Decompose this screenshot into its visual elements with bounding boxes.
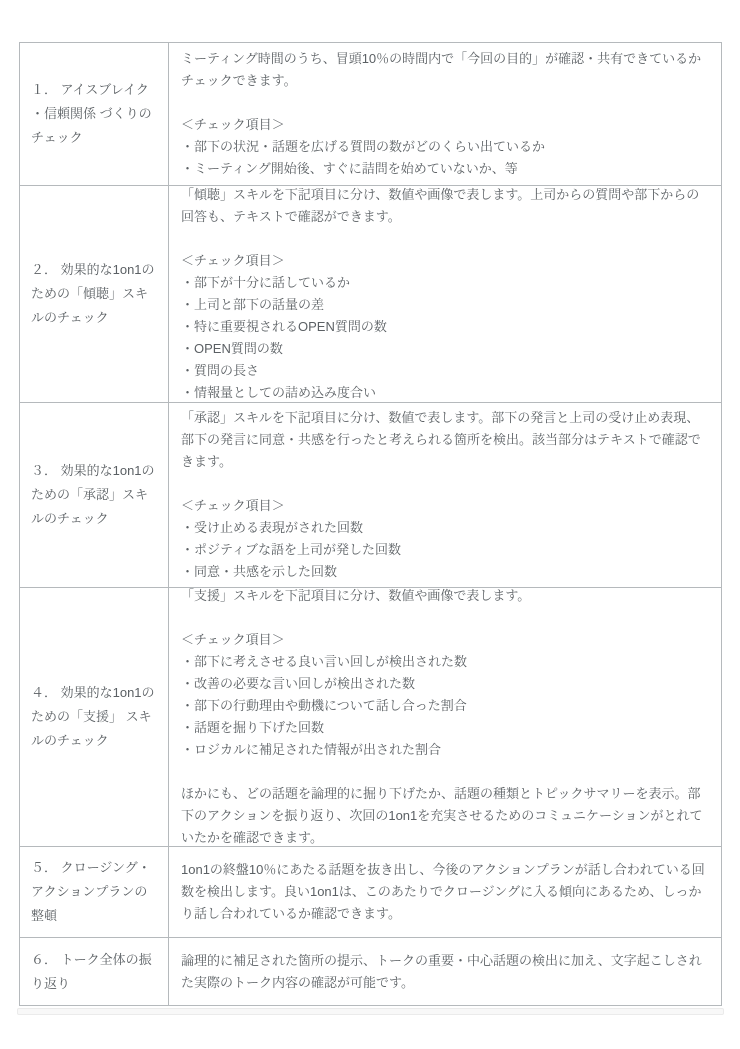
row-1-body-text: ミーティング時間のうち、冒頭10％の時間内で「今回の目的」が確認・共有できている… [181, 48, 707, 180]
row-3-body-text: 「承認」スキルを下記項目に分け、数値で表します。部下の発言と上司の受け止め表現、… [181, 407, 707, 583]
row-2-body: 「傾聴」スキルを下記項目に分け、数値や画像で表します。上司からの質問や部下からの… [169, 186, 721, 402]
row-1-body: ミーティング時間のうち、冒頭10％の時間内で「今回の目的」が確認・共有できている… [169, 43, 721, 185]
row-3-title: ３． 効果的な1on1の ための「承認」スキ ルのチェック [20, 403, 169, 587]
row-2-title: ２． 効果的な1on1の ための「傾聴」スキ ルのチェック [20, 186, 169, 402]
table-row-2: ２． 効果的な1on1の ための「傾聴」スキ ルのチェック 「傾聴」スキルを下記… [20, 186, 721, 403]
table-row-1: １． アイスブレイク ・信頼関係 づくりの チェック ミーティング時間のうち、冒… [20, 43, 721, 186]
row-6-title: ６． トーク全体の振 り返り [20, 938, 169, 1005]
row-2-body-text: 「傾聴」スキルを下記項目に分け、数値や画像で表します。上司からの質問や部下からの… [181, 184, 707, 404]
table-row-6: ６． トーク全体の振 り返り 論理的に補足された箇所の提示、トークの重要・中心話… [20, 938, 721, 1005]
row-1-title: １． アイスブレイク ・信頼関係 づくりの チェック [20, 43, 169, 185]
row-5-body: 1on1の終盤10％にあたる話題を抜き出し、今後のアクションプランが話し合われて… [169, 847, 721, 937]
feature-table: １． アイスブレイク ・信頼関係 づくりの チェック ミーティング時間のうち、冒… [19, 42, 722, 1006]
next-section-top-edge [17, 1008, 724, 1015]
row-5-title: ５． クロージング・ アクションプランの 整頓 [20, 847, 169, 937]
row-3-body: 「承認」スキルを下記項目に分け、数値で表します。部下の発言と上司の受け止め表現、… [169, 403, 721, 587]
row-6-body-text: 論理的に補足された箇所の提示、トークの重要・中心話題の検出に加え、文字起こしされ… [181, 950, 707, 994]
table-row-4: ４． 効果的な1on1の ための「支援」 スキ ルのチェック 「支援」スキルを下… [20, 588, 721, 847]
row-6-body: 論理的に補足された箇所の提示、トークの重要・中心話題の検出に加え、文字起こしされ… [169, 938, 721, 1005]
row-4-body: 「支援」スキルを下記項目に分け、数値や画像で表します。 ＜チェック項目＞ ・部下… [169, 588, 721, 846]
row-4-title: ４． 効果的な1on1の ための「支援」 スキ ルのチェック [20, 588, 169, 846]
table-row-5: ５． クロージング・ アクションプランの 整頓 1on1の終盤10％にあたる話題… [20, 847, 721, 938]
table-row-3: ３． 効果的な1on1の ための「承認」スキ ルのチェック 「承認」スキルを下記… [20, 403, 721, 588]
document-page: １． アイスブレイク ・信頼関係 づくりの チェック ミーティング時間のうち、冒… [0, 0, 740, 1049]
row-5-body-text: 1on1の終盤10％にあたる話題を抜き出し、今後のアクションプランが話し合われて… [181, 859, 707, 925]
row-4-body-text: 「支援」スキルを下記項目に分け、数値や画像で表します。 ＜チェック項目＞ ・部下… [181, 585, 707, 849]
